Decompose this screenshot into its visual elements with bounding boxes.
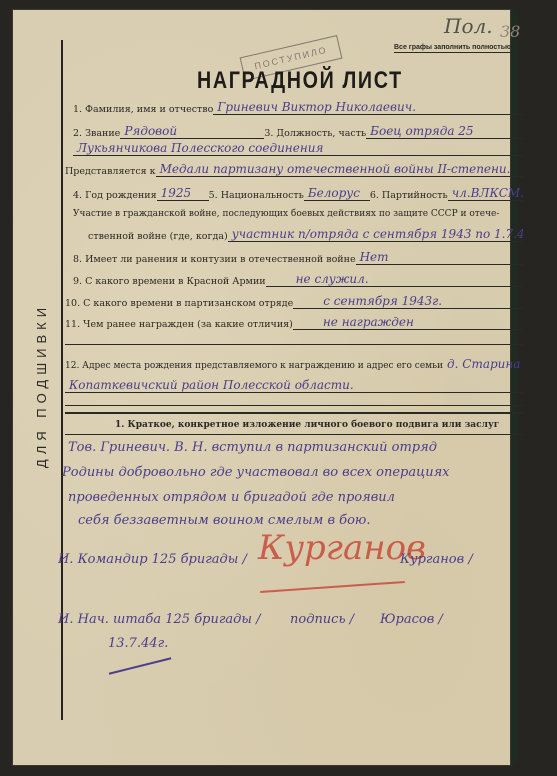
commander-title: И. Командир 125 бригады / (58, 552, 247, 567)
feat-section-heading: 1. Краткое, конкретное изложение личного… (115, 420, 499, 430)
divider (65, 344, 523, 345)
field-red-army: 9. С какого времени в Красной Армии не с… (73, 272, 523, 287)
divider-thick (65, 412, 523, 414)
field-presented-to: Представляется к Медали партизану отечес… (65, 162, 523, 177)
feat-line: проведенных отрядом и бригадой где прояв… (68, 490, 395, 505)
previous-awards-value: не награжден (293, 315, 523, 330)
war-participation-value: участник п/отряда с сентября 1943 по 1.7… (228, 227, 523, 242)
field-partisan-since: 10. С какого времени в партизанском отря… (65, 294, 523, 309)
birth-year-value: 1925 (157, 186, 209, 201)
chief-of-staff-signature: подпись / (290, 612, 354, 627)
chief-of-staff-name: Юрасов / (380, 612, 443, 627)
nationality-value: Белорус (304, 186, 370, 201)
address-value: д. Старина (443, 357, 523, 371)
wounds-value: Нет (356, 250, 523, 265)
feat-line: Родины добровольно где участвовал во все… (62, 465, 450, 480)
field-address: 12. Адрес места рождения представляемого… (65, 357, 523, 371)
archive-page-number-faded: 38 (500, 22, 520, 41)
archive-page-number: Пол. (444, 14, 493, 38)
commander-name: Курганов / (400, 552, 473, 567)
field-full-name: 1. Фамилия, имя и отчество Гриневич Викт… (73, 100, 523, 115)
address-value-cont: Копаткевичский район Полесской области. (65, 378, 523, 393)
field-war-participation: ственной войне (где, когда) участник п/о… (88, 227, 523, 242)
rank-value: Рядовой (120, 124, 264, 139)
fill-all-notice: Все графы заполнить полностью (394, 44, 511, 53)
divider (65, 405, 523, 406)
red-army-value: не служил. (266, 272, 523, 287)
divider (65, 434, 523, 435)
feat-line: Тов. Гриневич. В. Н. вступил в партизанс… (68, 440, 437, 455)
partisan-since-value: с сентября 1943г. (293, 294, 523, 309)
position-value-cont: Лукьянчикова Полесского соединения (73, 141, 523, 156)
full-name-value: Гриневич Виктор Николаевич. (213, 100, 523, 115)
field-wounds: 8. Имеет ли ранения и контузии в отечест… (73, 250, 523, 265)
field-birth-nationality-party: 4. Год рождения 1925 5. Национальность Б… (73, 186, 523, 201)
field-rank-position: 2. Звание Рядовой 3. Должность, часть Бо… (73, 124, 523, 139)
field-position-cont: Лукьянчикова Полесского соединения (73, 141, 523, 156)
signing-date: 13.7.44г. (108, 636, 168, 651)
chief-of-staff-title: И. Нач. штаба 125 бригады / (58, 612, 260, 627)
binding-label: ДЛЯ ПОДШИВКИ (22, 300, 62, 470)
field-war-participation-label: Участие в гражданской войне, последующих… (73, 209, 523, 219)
feat-line: себя беззаветным воином смелым в бою. (78, 513, 371, 528)
document-title: НАГРАДНОЙ ЛИСТ (197, 67, 403, 95)
field-address-cont: Копаткевичский район Полесской области. (65, 378, 523, 393)
award-value: Медали партизану отечественной войны II-… (156, 162, 523, 177)
position-value: Боец отряда 25 (366, 124, 523, 139)
party-value: чл.ВЛКСМ. (448, 186, 523, 201)
field-previous-awards: 11. Чем ранее награжден (за какие отличи… (65, 315, 523, 330)
